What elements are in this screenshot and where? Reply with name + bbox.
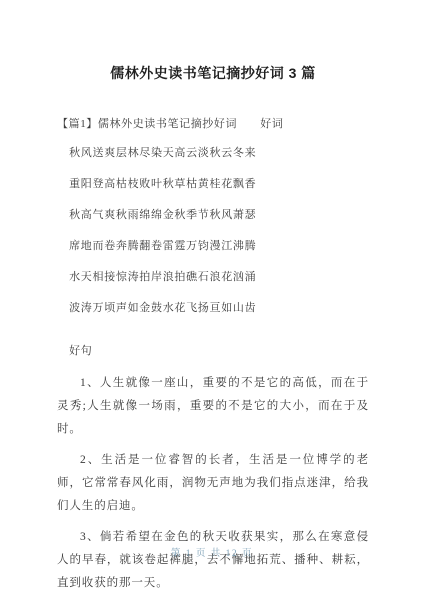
word-line: 重阳登高枯枝败叶秋草枯黄桂花飘香 — [57, 176, 369, 192]
section-heading: 【篇1】儒林外史读书笔记摘抄好词 好词 — [57, 116, 369, 132]
word-line: 波涛万顷声如金鼓水花飞扬亘如山齿 — [57, 300, 369, 316]
paragraph: 3、倘若希望在金色的秋天收获果实，那么在寒意侵人的早春，就该卷起裤腿，去不懈地拓… — [57, 526, 369, 595]
page-number-indicator: 第 1 页 共 12 页 — [0, 545, 424, 559]
word-line: 水天相接惊涛拍岸浪拍礁石浪花汹涌 — [57, 269, 369, 285]
word-line: 秋风送爽层林尽染天高云淡秋云冬来 — [57, 145, 369, 161]
word-line: 席地而卷奔腾翻卷雷霆万钧漫江沸腾 — [57, 238, 369, 254]
document-page: 儒林外史读书笔记摘抄好词 3 篇 【篇1】儒林外史读书笔记摘抄好词 好词 秋风送… — [0, 0, 424, 600]
document-title: 儒林外史读书笔记摘抄好词 3 篇 — [57, 64, 369, 83]
subheading-good-sentences: 好句 — [57, 343, 369, 359]
paragraph: 1、人生就像一座山，重要的不是它的高低，而在于灵秀;人生就像一场雨，重要的不是它… — [57, 372, 369, 441]
paragraph: 2、生活是一位睿智的长者，生活是一位博学的老师，它常常春风化雨，润物无声地为我们… — [57, 449, 369, 518]
word-line: 秋高气爽秋雨绵绵金秋季节秋风萧瑟 — [57, 207, 369, 223]
